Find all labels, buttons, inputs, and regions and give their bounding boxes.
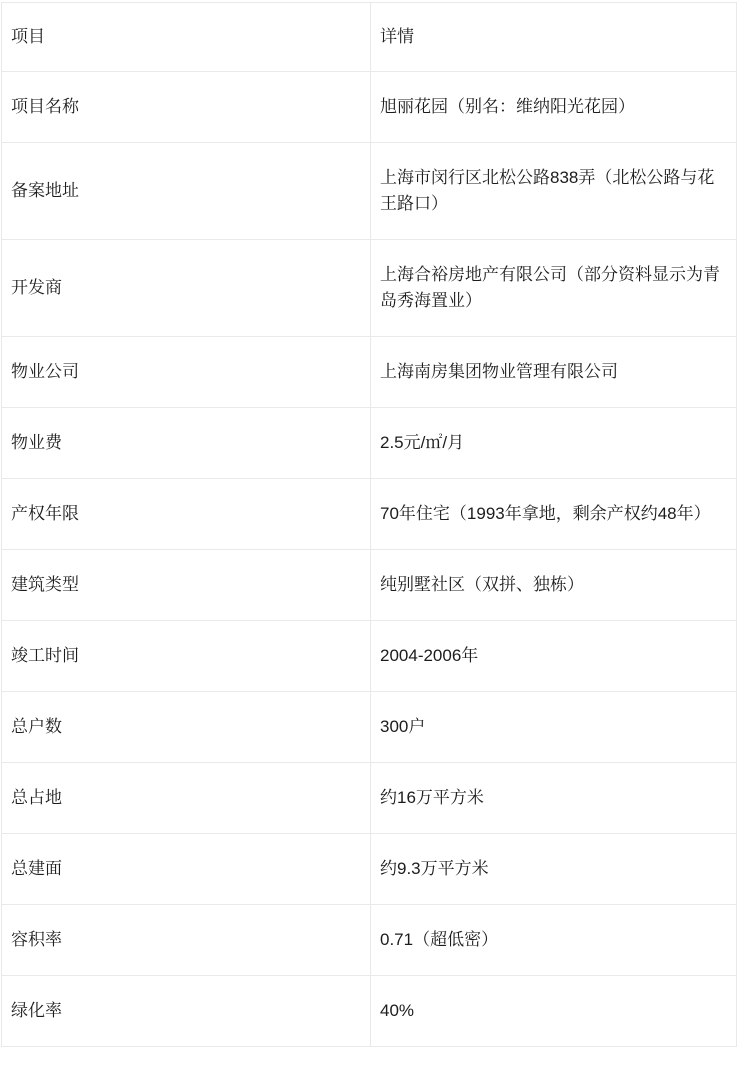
row-label: 物业公司 — [2, 337, 371, 408]
header-cell-detail: 详情 — [371, 3, 737, 72]
table-row-completion-time: 竣工时间 2004-2006年 — [2, 621, 737, 692]
table-header-row: 项目 详情 — [2, 3, 737, 72]
header-cell-item: 项目 — [2, 3, 371, 72]
row-value: 纯别墅社区（双拼、独栋） — [371, 550, 737, 621]
table-row-total-households: 总户数 300户 — [2, 692, 737, 763]
row-label: 容积率 — [2, 905, 371, 976]
table-row-project-name: 项目名称 旭丽花园（别名：维纳阳光花园） — [2, 72, 737, 143]
row-label: 总建面 — [2, 834, 371, 905]
row-value: 约16万平方米 — [371, 763, 737, 834]
project-info-table: 项目 详情 项目名称 旭丽花园（别名：维纳阳光花园） 备案地址 上海市闵行区北松… — [1, 2, 737, 1047]
table-row-total-floor-area: 总建面 约9.3万平方米 — [2, 834, 737, 905]
row-value: 70年住宅（1993年拿地，剩余产权约48年） — [371, 479, 737, 550]
row-value: 约9.3万平方米 — [371, 834, 737, 905]
row-value: 旭丽花园（别名：维纳阳光花园） — [371, 72, 737, 143]
table-row-registered-address: 备案地址 上海市闵行区北松公路838弄（北松公路与花王路口） — [2, 143, 737, 240]
row-label: 项目名称 — [2, 72, 371, 143]
table-row-property-company: 物业公司 上海南房集团物业管理有限公司 — [2, 337, 737, 408]
row-value: 0.71（超低密） — [371, 905, 737, 976]
row-value: 40% — [371, 976, 737, 1047]
table-row-developer: 开发商 上海合裕房地产有限公司（部分资料显示为青岛秀海置业） — [2, 240, 737, 337]
row-label: 物业费 — [2, 408, 371, 479]
table-row-property-fee: 物业费 2.5元/㎡/月 — [2, 408, 737, 479]
row-label: 总户数 — [2, 692, 371, 763]
table-row-plot-ratio: 容积率 0.71（超低密） — [2, 905, 737, 976]
page: 项目 详情 项目名称 旭丽花园（别名：维纳阳光花园） 备案地址 上海市闵行区北松… — [0, 0, 740, 1067]
row-value: 300户 — [371, 692, 737, 763]
row-label: 总占地 — [2, 763, 371, 834]
row-value: 上海合裕房地产有限公司（部分资料显示为青岛秀海置业） — [371, 240, 737, 337]
row-label: 建筑类型 — [2, 550, 371, 621]
row-value: 上海市闵行区北松公路838弄（北松公路与花王路口） — [371, 143, 737, 240]
table-row-total-land-area: 总占地 约16万平方米 — [2, 763, 737, 834]
row-label: 绿化率 — [2, 976, 371, 1047]
row-label: 开发商 — [2, 240, 371, 337]
row-value: 2.5元/㎡/月 — [371, 408, 737, 479]
row-label: 竣工时间 — [2, 621, 371, 692]
table-row-building-type: 建筑类型 纯别墅社区（双拼、独栋） — [2, 550, 737, 621]
row-value: 2004-2006年 — [371, 621, 737, 692]
row-value: 上海南房集团物业管理有限公司 — [371, 337, 737, 408]
table-row-greening-rate: 绿化率 40% — [2, 976, 737, 1047]
row-label: 备案地址 — [2, 143, 371, 240]
row-label: 产权年限 — [2, 479, 371, 550]
table-row-ownership-term: 产权年限 70年住宅（1993年拿地，剩余产权约48年） — [2, 479, 737, 550]
